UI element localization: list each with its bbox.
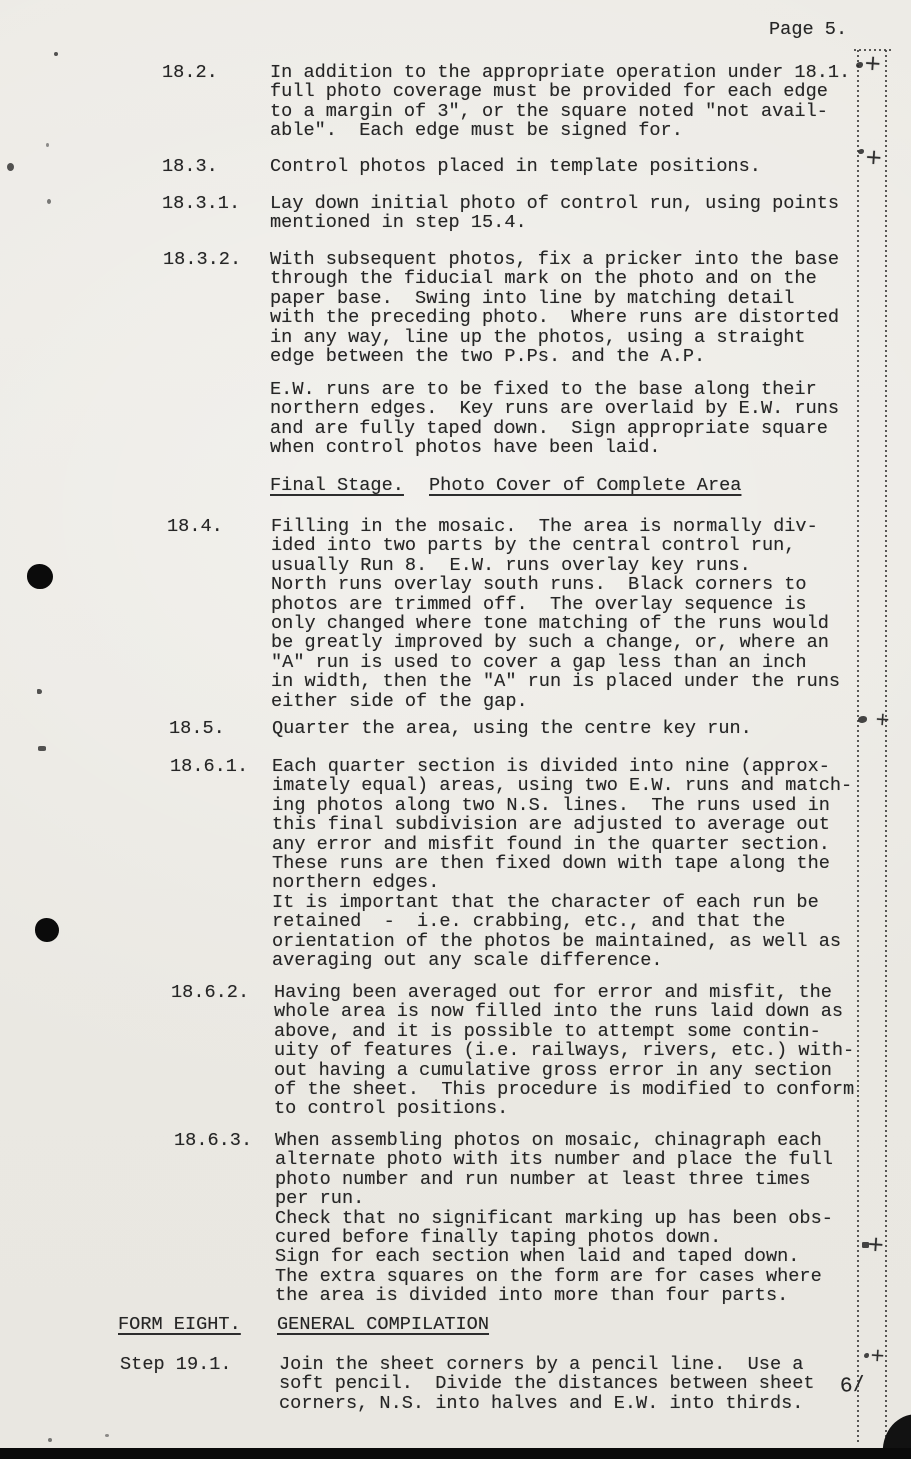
heading-part-1: Final Stage. <box>270 476 404 495</box>
paper-speck <box>47 199 51 204</box>
section-number: 18.6.2. <box>171 983 249 1002</box>
punch-hole <box>35 918 59 942</box>
scanned-document-page: Page 5. 18.2. In addition to the appropr… <box>0 0 911 1459</box>
heading-part-2: Photo Cover of Complete Area <box>429 476 741 495</box>
signoff-plus-mark: + <box>865 149 884 164</box>
signoff-plus-mark: + <box>867 1236 886 1251</box>
signoff-plus-mark: + <box>870 1348 886 1363</box>
section-body: When assembling photos on mosaic, chinag… <box>275 1131 833 1306</box>
punch-hole <box>27 564 53 589</box>
signoff-plus-mark: + <box>875 712 891 727</box>
section-body: Having been averaged out for error and m… <box>274 983 854 1119</box>
section-number: 18.3.2. <box>163 250 241 269</box>
pencil-smudge <box>858 149 864 154</box>
pencil-smudge <box>864 1353 869 1358</box>
paper-speck <box>48 1438 52 1442</box>
paper-speck <box>37 689 42 694</box>
scan-edge-bar <box>0 1448 911 1459</box>
margin-rule-inner <box>857 50 859 1442</box>
page-number-label: Page 5. <box>769 20 847 39</box>
section-number: 18.6.3. <box>174 1131 252 1150</box>
pencil-smudge <box>862 1242 869 1248</box>
section-number: 18.4. <box>167 517 223 536</box>
pencil-smudge <box>858 716 867 723</box>
section-number: 18.3. <box>162 157 218 176</box>
section-body: Lay down initial photo of control run, u… <box>270 194 839 233</box>
section-body: Quarter the area, using the centre key r… <box>272 719 752 738</box>
section-body: Control photos placed in template positi… <box>270 157 761 176</box>
section-body: E.W. runs are to be fixed to the base al… <box>270 380 839 458</box>
paper-speck <box>46 143 49 147</box>
paper-speck <box>38 746 46 751</box>
section-number: 18.6.1. <box>170 757 248 776</box>
section-number: Step 19.1. <box>120 1355 232 1374</box>
signoff-plus-mark: + <box>864 55 883 70</box>
section-number: 18.5. <box>169 719 225 738</box>
heading-part-1: FORM EIGHT. <box>118 1315 241 1334</box>
catchword-next-page: 6/ <box>839 1376 866 1397</box>
section-body: Each quarter section is divided into nin… <box>272 757 852 970</box>
pencil-smudge <box>856 62 863 68</box>
section-number: 18.3.1. <box>162 194 240 213</box>
paper-speck <box>105 1434 109 1437</box>
section-body: Join the sheet corners by a pencil line.… <box>279 1355 815 1413</box>
section-body: In addition to the appropriate operation… <box>270 63 850 141</box>
heading-part-2: GENERAL COMPILATION <box>277 1315 489 1334</box>
paper-speck <box>7 163 14 171</box>
paper-speck <box>54 52 58 56</box>
section-number: 18.2. <box>162 63 218 82</box>
section-body: With subsequent photos, fix a pricker in… <box>270 250 839 366</box>
section-body: Filling in the mosaic. The area is norma… <box>271 517 840 711</box>
